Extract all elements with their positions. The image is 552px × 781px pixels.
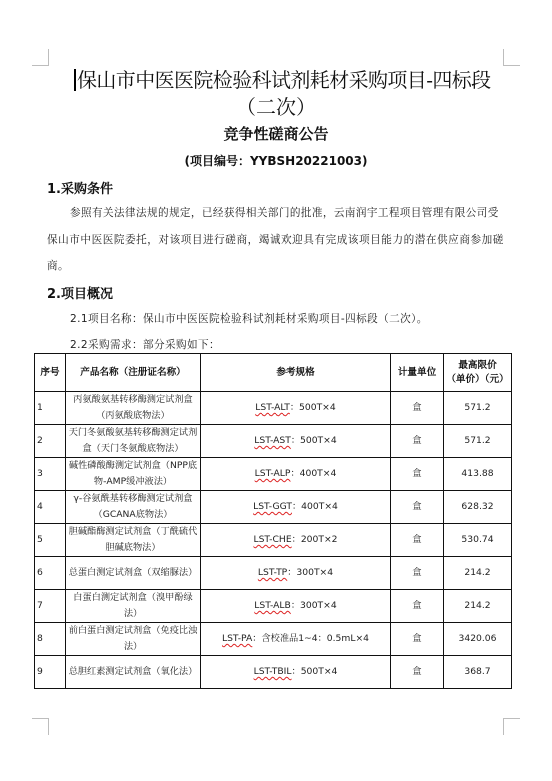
cell-price: 571.2 xyxy=(444,425,512,458)
cell-spec: LST-GGT：400T×4 xyxy=(201,491,391,524)
cell-price: 628.32 xyxy=(444,491,512,524)
spec-detail: ：300T×4 xyxy=(287,567,333,578)
table-row: 3 碱性磷酸酶测定试剂盒（NPP底物-AMP缓冲液法） LST-ALP：400T… xyxy=(35,458,512,491)
header-product-name: 产品名称（注册证名称） xyxy=(66,354,201,392)
cell-product-name: 总蛋白测定试剂盒（双缩脲法） xyxy=(66,557,201,590)
spec-detail: ：200T×2 xyxy=(292,534,338,545)
margin-corner-mark-bottom-right xyxy=(503,718,520,735)
cell-seq: 9 xyxy=(35,656,66,689)
document-page: 保山市中医医院检验科试剂耗材采购项目-四标段 （二次） 竞争性磋商公告 (项目编… xyxy=(0,0,552,781)
cell-seq: 2 xyxy=(35,425,66,458)
spec-detail: ：500T×4 xyxy=(292,666,338,677)
table-row: 4 γ-谷氨酰基转移酶测定试剂盒（GCANA底物法） LST-GGT：400T×… xyxy=(35,491,512,524)
cell-price: 368.7 xyxy=(444,656,512,689)
spec-code: LST-ALT xyxy=(255,402,290,413)
section-1-paragraph-line-1: 参照有关法律法规的规定，已经获得相关部门的批准，云南润宇工程项目管理有限公司受 xyxy=(70,205,499,220)
table-row: 9 总胆红素测定试剂盒（氧化法） LST-TBIL：500T×4 盒 368.7 xyxy=(35,656,512,689)
table-header-row: 序号 产品名称（注册证名称） 参考规格 计量单位 最高限价（单价）（元） xyxy=(35,354,512,392)
spec-detail: ：含校准品1~4：0.5mL×4 xyxy=(252,633,369,644)
cell-seq: 5 xyxy=(35,524,66,557)
cell-unit: 盒 xyxy=(391,656,444,689)
spec-code: LST-GGT xyxy=(253,501,292,512)
cell-spec: LST-ALT：500T×4 xyxy=(201,392,391,425)
header-max-price-line-1: 最高限价 xyxy=(458,360,496,371)
table-row: 6 总蛋白测定试剂盒（双缩脲法） LST-TP：300T×4 盒 214.2 xyxy=(35,557,512,590)
header-max-price-line-2: （单价）（元） xyxy=(446,374,508,385)
cell-spec: LST-AST：500T×4 xyxy=(201,425,391,458)
spec-code: LST-PA xyxy=(222,633,252,644)
cell-price: 3420.06 xyxy=(444,623,512,656)
spec-detail: ：400T×4 xyxy=(292,501,338,512)
title-line-2: （二次） xyxy=(0,91,552,120)
cell-price: 214.2 xyxy=(444,557,512,590)
header-max-price: 最高限价（单价）（元） xyxy=(444,354,512,392)
document-subtitle: 竞争性磋商公告 xyxy=(0,123,552,144)
cell-unit: 盒 xyxy=(391,458,444,491)
cell-product-name: 白蛋白测定试剂盒（溴甲酚绿法） xyxy=(66,590,201,623)
cell-spec: LST-ALB：300T×4 xyxy=(201,590,391,623)
procurement-table: 序号 产品名称（注册证名称） 参考规格 计量单位 最高限价（单价）（元） 1 丙… xyxy=(34,353,512,689)
header-unit: 计量单位 xyxy=(391,354,444,392)
spec-code: LST-TBIL xyxy=(254,666,292,677)
text-cursor xyxy=(74,69,76,91)
cell-unit: 盒 xyxy=(391,590,444,623)
spec-detail: ：500T×4 xyxy=(290,402,336,413)
cell-unit: 盒 xyxy=(391,557,444,590)
cell-unit: 盒 xyxy=(391,623,444,656)
cell-price: 214.2 xyxy=(444,590,512,623)
cell-product-name: 丙氨酸氨基转移酶测定试剂盒（丙氨酸底物法） xyxy=(66,392,201,425)
cell-unit: 盒 xyxy=(391,524,444,557)
cell-spec: LST-ALP：400T×4 xyxy=(201,458,391,491)
table-row: 1 丙氨酸氨基转移酶测定试剂盒（丙氨酸底物法） LST-ALT：500T×4 盒… xyxy=(35,392,512,425)
table-row: 2 天门冬氨酸氨基转移酶测定试剂盒（天门冬氨酸底物法） LST-AST：500T… xyxy=(35,425,512,458)
cell-seq: 6 xyxy=(35,557,66,590)
cell-product-name: 碱性磷酸酶测定试剂盒（NPP底物-AMP缓冲液法） xyxy=(66,458,201,491)
margin-corner-mark-bottom-left xyxy=(32,718,49,735)
spec-code: LST-ALP xyxy=(255,468,291,479)
cell-unit: 盒 xyxy=(391,392,444,425)
project-number: (项目编号：YYBSH20221003) xyxy=(0,152,552,169)
spec-detail: ：500T×4 xyxy=(291,435,337,446)
cell-spec: LST-PA：含校准品1~4：0.5mL×4 xyxy=(201,623,391,656)
spec-detail: ：400T×4 xyxy=(290,468,336,479)
cell-spec: LST-CHE：200T×2 xyxy=(201,524,391,557)
cell-seq: 8 xyxy=(35,623,66,656)
cell-unit: 盒 xyxy=(391,425,444,458)
spec-code: LST-ALB xyxy=(254,600,291,611)
spec-code: LST-AST xyxy=(254,435,291,446)
cell-product-name: 天门冬氨酸氨基转移酶测定试剂盒（天门冬氨酸底物法） xyxy=(66,425,201,458)
table-row: 7 白蛋白测定试剂盒（溴甲酚绿法） LST-ALB：300T×4 盒 214.2 xyxy=(35,590,512,623)
cell-product-name: 总胆红素测定试剂盒（氧化法） xyxy=(66,656,201,689)
section-1-heading: 1.采购条件 xyxy=(47,178,113,197)
table-row: 5 胆碱酯酶测定试剂盒（丁酰硫代胆碱底物法） LST-CHE：200T×2 盒 … xyxy=(35,524,512,557)
cell-price: 413.88 xyxy=(444,458,512,491)
cell-unit: 盒 xyxy=(391,491,444,524)
header-spec: 参考规格 xyxy=(201,354,391,392)
section-1-paragraph-line-2: 保山市中医医院委托，对该项目进行磋商，竭诚欢迎具有完成该项目能力的潜在供应商参加… xyxy=(47,232,504,247)
cell-product-name: 胆碱酯酶测定试剂盒（丁酰硫代胆碱底物法） xyxy=(66,524,201,557)
cell-spec: LST-TP：300T×4 xyxy=(201,557,391,590)
cell-seq: 3 xyxy=(35,458,66,491)
title-line-1: 保山市中医医院检验科试剂耗材采购项目-四标段 xyxy=(77,68,491,92)
document-title[interactable]: 保山市中医医院检验科试剂耗材采购项目-四标段 xyxy=(74,64,480,93)
cell-seq: 7 xyxy=(35,590,66,623)
margin-corner-mark-top-left xyxy=(32,49,49,66)
spec-detail: ：300T×4 xyxy=(291,600,337,611)
project-name-item: 2.1项目名称：保山市中医医院检验科试剂耗材采购项目-四标段（二次）。 xyxy=(70,311,428,326)
cell-spec: LST-TBIL：500T×4 xyxy=(201,656,391,689)
spec-code: LST-CHE xyxy=(253,534,291,545)
section-1-paragraph-line-3: 商。 xyxy=(47,258,69,273)
cell-seq: 4 xyxy=(35,491,66,524)
cell-product-name: 前白蛋白测定试剂盒（免疫比浊法） xyxy=(66,623,201,656)
procurement-requirement-item: 2.2采购需求：部分采购如下： xyxy=(70,337,220,352)
margin-corner-mark-top-right xyxy=(503,49,520,66)
cell-price: 571.2 xyxy=(444,392,512,425)
cell-seq: 1 xyxy=(35,392,66,425)
cell-product-name: γ-谷氨酰基转移酶测定试剂盒（GCANA底物法） xyxy=(66,491,201,524)
section-2-heading: 2.项目概况 xyxy=(47,283,113,302)
spec-code: LST-TP xyxy=(258,567,287,578)
cell-price: 530.74 xyxy=(444,524,512,557)
table-row: 8 前白蛋白测定试剂盒（免疫比浊法） LST-PA：含校准品1~4：0.5mL×… xyxy=(35,623,512,656)
header-seq: 序号 xyxy=(35,354,66,392)
